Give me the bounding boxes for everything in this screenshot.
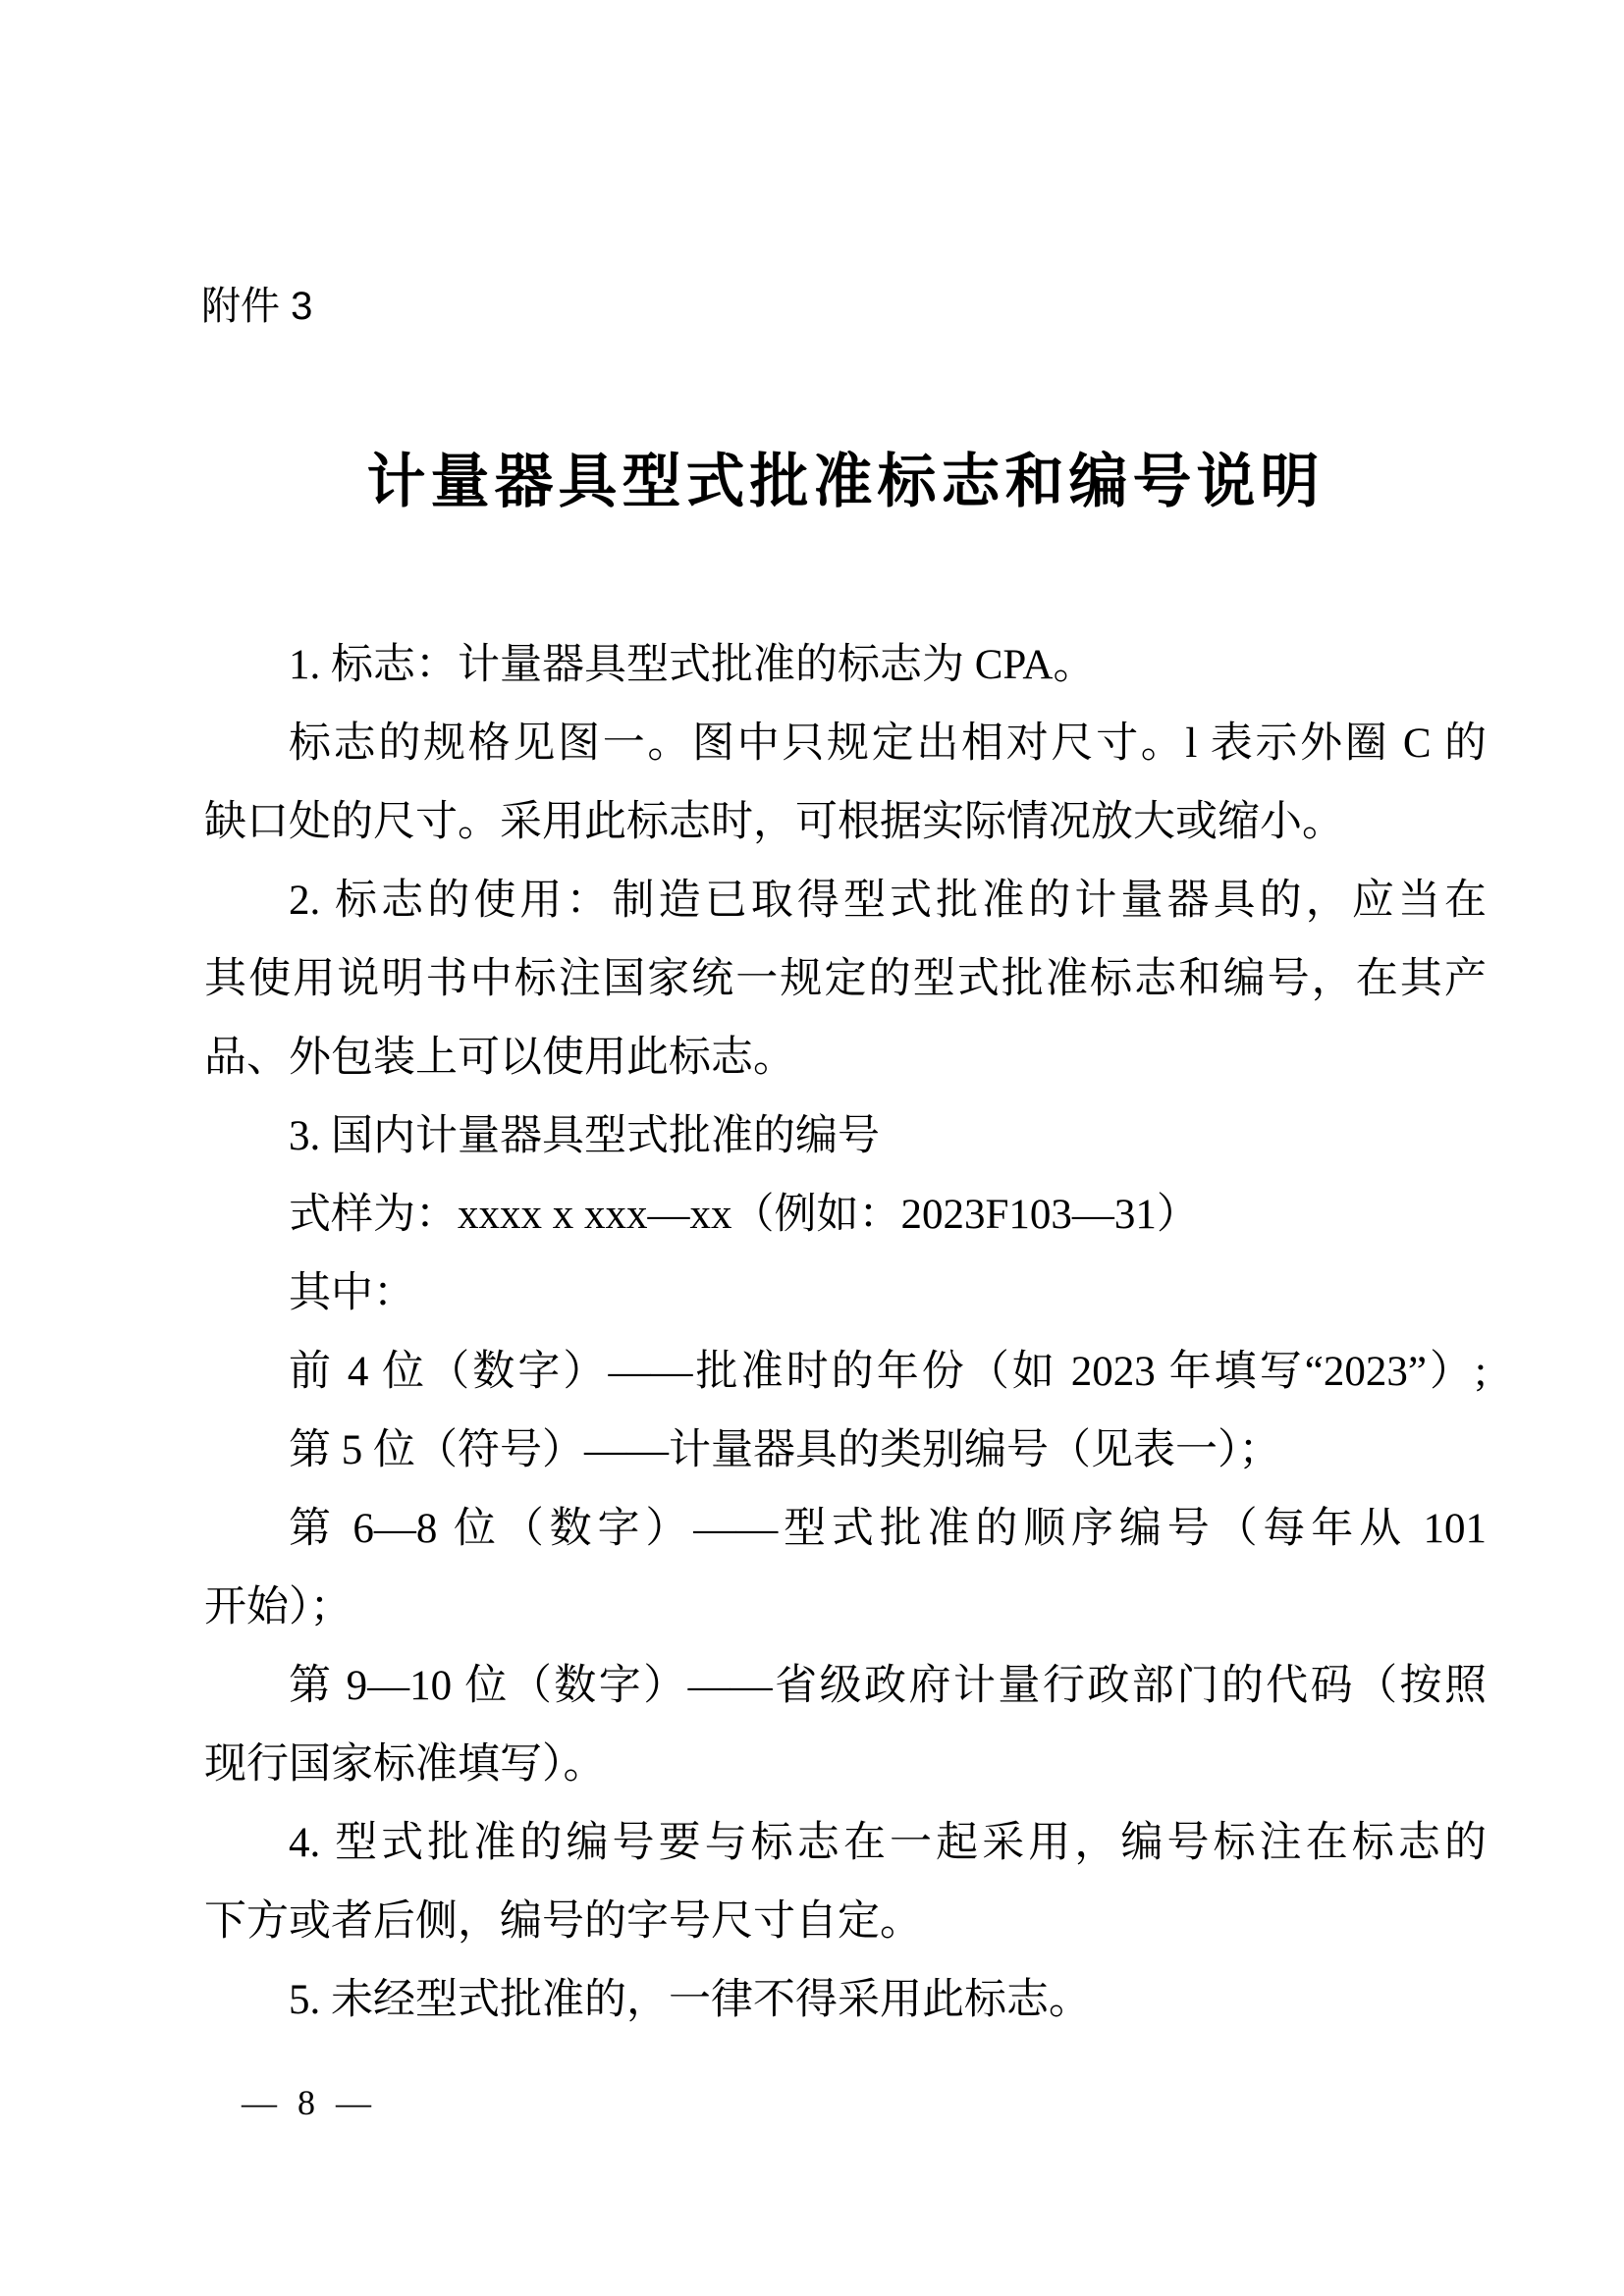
page-number-footer: — 8 — bbox=[242, 2083, 371, 2122]
doc-line: 标志的规格见图一。图中只规定出相对尺寸。l 表示外圈 C 的 bbox=[204, 705, 1487, 783]
doc-line: 其中： bbox=[204, 1255, 1487, 1333]
doc-line: 下方或者后侧，编号的字号尺寸自定。 bbox=[204, 1883, 1487, 1961]
document-page: 附件 3 计量器具型式批准标志和编号说明 1. 标志：计量器具型式批准的标志为 … bbox=[0, 0, 1624, 2296]
doc-line: 第 9—10 位（数字）——省级政府计量行政部门的代码（按照 bbox=[204, 1647, 1487, 1726]
doc-line: 2. 标志的使用：制造已取得型式批准的计量器具的，应当在 bbox=[204, 862, 1487, 940]
doc-line: 其使用说明书中标注国家统一规定的型式批准标志和编号，在其产 bbox=[204, 940, 1487, 1019]
doc-line: 第 6—8 位（数字）——型式批准的顺序编号（每年从 101 bbox=[204, 1490, 1487, 1569]
doc-line: 3. 国内计量器具型式批准的编号 bbox=[204, 1097, 1487, 1176]
doc-line: 前 4 位（数字）——批准时的年份（如 2023 年填写“2023”）; bbox=[204, 1333, 1487, 1412]
attachment-label: 附件 3 bbox=[201, 285, 312, 328]
document-body: 1. 标志：计量器具型式批准的标志为 CPA。 标志的规格见图一。图中只规定出相… bbox=[204, 626, 1487, 2040]
doc-line: 1. 标志：计量器具型式批准的标志为 CPA。 bbox=[204, 626, 1487, 705]
doc-line: 开始）； bbox=[204, 1569, 1487, 1647]
doc-line: 现行国家标准填写）。 bbox=[204, 1726, 1487, 1804]
document-title: 计量器具型式批准标志和编号说明 bbox=[204, 447, 1487, 517]
doc-line: 品、外包装上可以使用此标志。 bbox=[204, 1019, 1487, 1097]
doc-line: 5. 未经型式批准的，一律不得采用此标志。 bbox=[204, 1961, 1487, 2040]
doc-line: 缺口处的尺寸。采用此标志时，可根据实际情况放大或缩小。 bbox=[204, 783, 1487, 862]
doc-line: 第 5 位（符号）——计量器具的类别编号（见表一）； bbox=[204, 1412, 1487, 1490]
doc-line: 式样为：xxxx x xxx—xx（例如：2023F103—31） bbox=[204, 1176, 1487, 1255]
doc-line: 4. 型式批准的编号要与标志在一起采用，编号标注在标志的 bbox=[204, 1804, 1487, 1883]
